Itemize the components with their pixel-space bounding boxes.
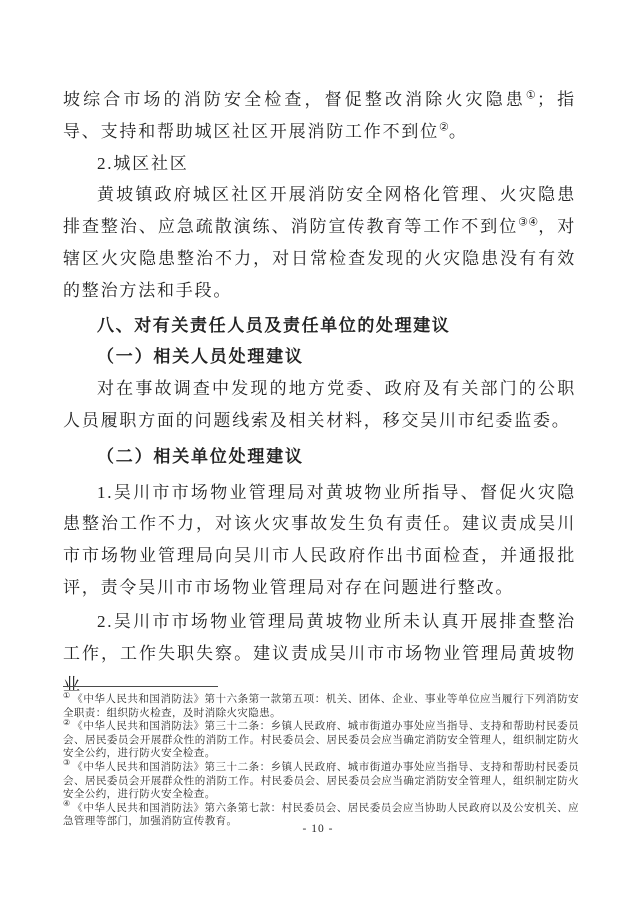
footnote-marker-3: ③ xyxy=(63,758,70,767)
footnote-marker-1: ① xyxy=(63,691,70,700)
text-run: 。 xyxy=(449,122,468,141)
footnote-marker-4: ④ xyxy=(63,799,70,808)
page-number: - 10 - xyxy=(0,823,636,835)
paragraph-unit-1: 1.吴川市市场物业管理局对黄坡物业所指导、督促火灾隐患整治工作不力，对该火灾事故… xyxy=(63,477,576,604)
footnote-ref-3-4: ③④ xyxy=(518,217,538,229)
footnotes-section: ①《中华人民共和国消防法》第十六条第一款第五项：机关、团体、企业、事业等单位应当… xyxy=(63,683,579,829)
paragraph-community: 黄坡镇政府城区社区开展消防安全网格化管理、火灾隐患排查整治、应急疏散演练、消防宣… xyxy=(63,179,576,306)
document-body: 坡综合市场的消防安全检查，督促整改消除火灾隐患①；指导、支持和帮助城区社区开展消… xyxy=(63,84,576,701)
footnote-ref-1: ① xyxy=(526,89,537,101)
footnote-marker-2: ② xyxy=(63,718,70,727)
footnote-ref-2: ② xyxy=(439,121,449,133)
text-run: 坡综合市场的消防安全检查，督促整改消除火灾隐患 xyxy=(63,90,526,109)
footnote-text: 《中华人民共和国消防法》第三十二条：乡镇人民政府、城市街道办事处应当指导、支持和… xyxy=(63,721,579,759)
footnote-3: ③《中华人民共和国消防法》第三十二条：乡镇人民政府、城市街道办事处应当指导、支持… xyxy=(63,761,579,802)
footnote-2: ②《中华人民共和国消防法》第三十二条：乡镇人民政府、城市街道办事处应当指导、支持… xyxy=(63,720,579,761)
footnote-text: 《中华人民共和国消防法》第三十二条：乡镇人民政府、城市街道办事处应当指导、支持和… xyxy=(63,762,579,800)
paragraph-continuation: 坡综合市场的消防安全检查，督促整改消除火灾隐患①；指导、支持和帮助城区社区开展消… xyxy=(63,84,576,148)
section-heading-8: 八、对有关责任人员及责任单位的处理建议 xyxy=(63,310,576,342)
text-run: 黄坡镇政府城区社区开展消防安全网格化管理、火灾隐患排查整治、应急疏散演练、消防宣… xyxy=(63,185,576,236)
subsection-heading-1: （一）相关人员处理建议 xyxy=(63,341,576,373)
footnote-separator xyxy=(63,686,218,687)
footnote-text: 《中华人民共和国消防法》第十六条第一款第五项：机关、团体、企业、事业等单位应当履… xyxy=(63,694,579,719)
paragraph-personnel: 对在事故调查中发现的地方党委、政府及有关部门的公职人员履职方面的问题线索及相关材… xyxy=(63,373,576,437)
subsection-label-2: 2.城区社区 xyxy=(63,148,576,180)
footnote-1: ①《中华人民共和国消防法》第十六条第一款第五项：机关、团体、企业、事业等单位应当… xyxy=(63,693,579,720)
document-page: 坡综合市场的消防安全检查，督促整改消除火灾隐患①；指导、支持和帮助城区社区开展消… xyxy=(0,0,636,899)
subsection-heading-2: （二）相关单位处理建议 xyxy=(63,441,576,473)
